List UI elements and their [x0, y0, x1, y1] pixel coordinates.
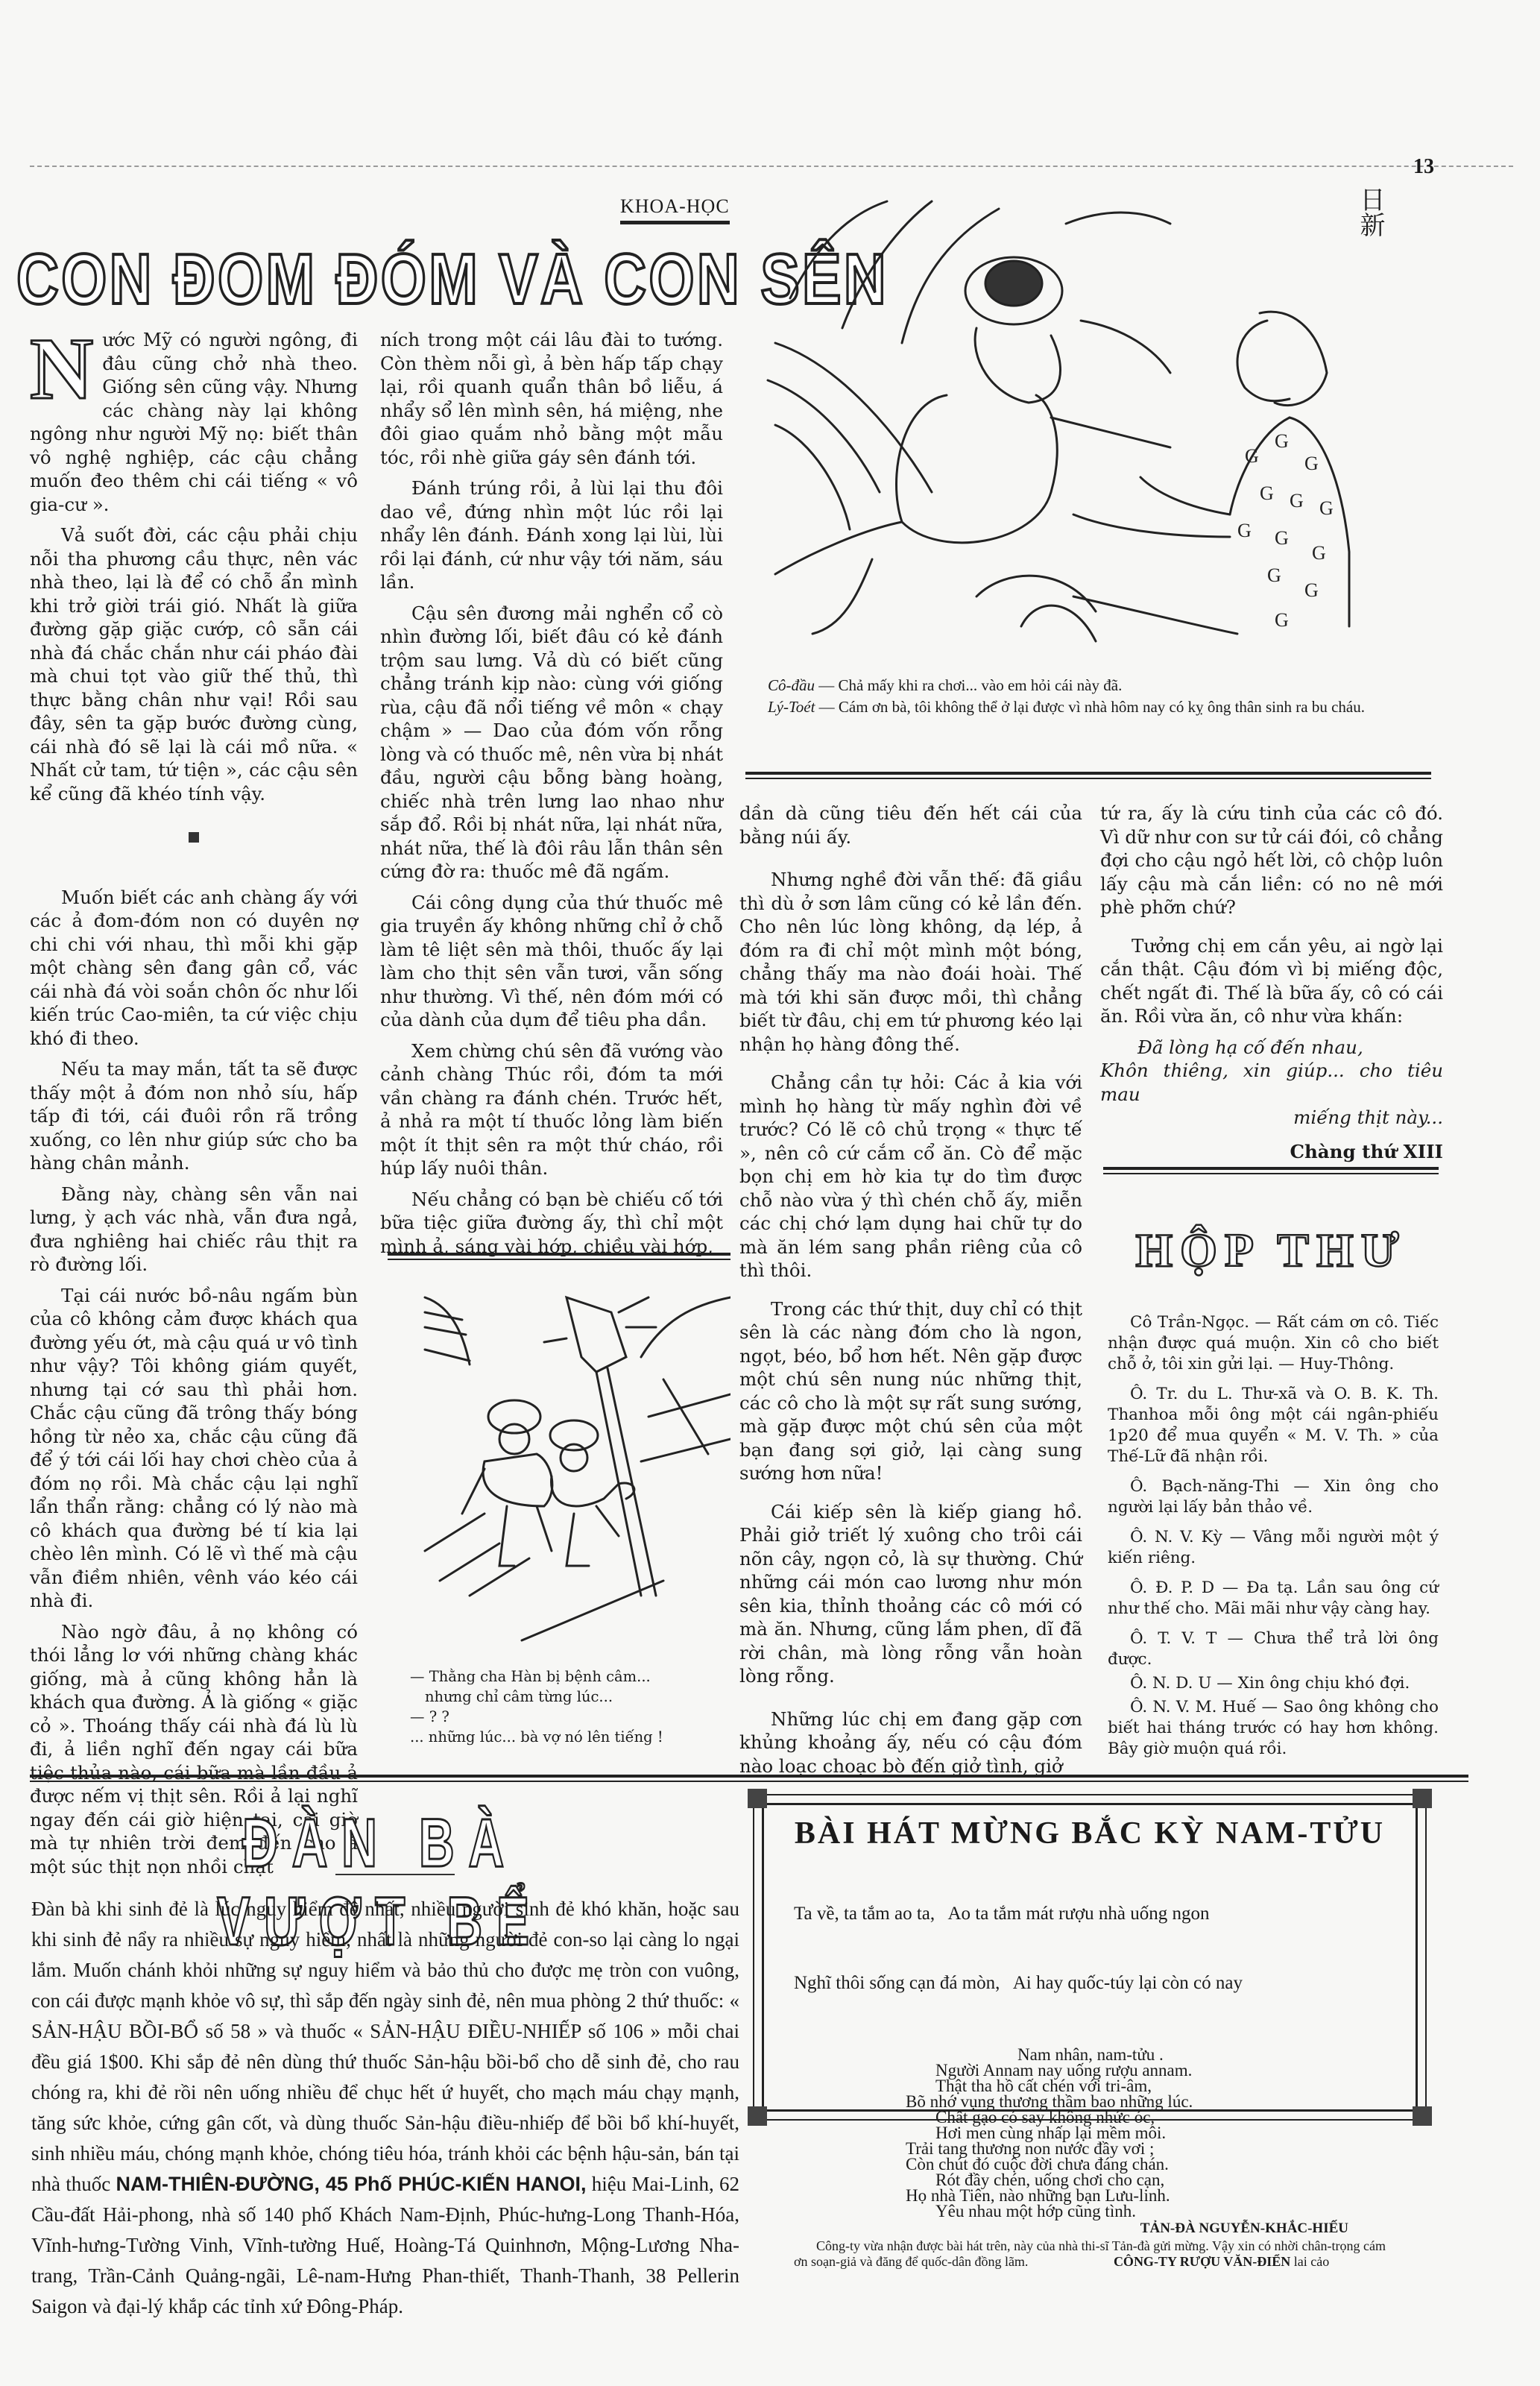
corner-ornament-icon	[1413, 2106, 1432, 2126]
cartoon-2-caption: — Thằng cha Hàn bị bệnh câm... nhưng chỉ…	[410, 1666, 730, 1747]
paragraph: Cái kiếp sên là kiếp giang hồ. Phải giở …	[739, 1500, 1082, 1688]
paragraph: Vả suốt đời, các cậu phải chịu nỗi tha p…	[30, 523, 358, 805]
paragraph: Trong các thứ thịt, duy chỉ có thịt sên …	[739, 1297, 1082, 1485]
article-headline: CON ĐOM ĐÓM VÀ CON SÊN	[16, 239, 591, 321]
paragraph: Những lúc chị em đang gặp cơn khủng khoả…	[739, 1707, 1082, 1778]
shop-name: NAM-THIÊN-ĐƯỜNG, 45 Phố PHÚC-KIẾN HANOI,	[116, 2173, 587, 2195]
poem-ad-box: BÀI HÁT MỪNG BẮC KỲ NAM-TỬU Ta về, ta tắ…	[762, 1803, 1418, 2112]
top-rule	[30, 166, 1513, 167]
poem-verses: Nam nhân, nam-tửu . Người Annam nay uống…	[906, 2041, 1416, 2219]
verse: Đã lòng hạ cố đến nhau, Khôn thiêng, xin…	[1100, 1036, 1443, 1130]
mailbox-title: HỘP THƯ	[1103, 1223, 1439, 1278]
poem-line: Còn chút đó cuộc đời chưa đáng chán.	[906, 2156, 1416, 2172]
paragraph: dần dà cũng tiêu đến hết cái của bằng nú…	[739, 802, 1082, 849]
poem-note: Công-ty vừa nhận được bài hát trên, này …	[764, 2237, 1416, 2270]
mailbox-list: Cô Trần-Ngọc. — Rất cám ơn cô. Tiếc nhận…	[1108, 1312, 1439, 1769]
mailbox-item: Ô. Đ. P. D — Đa tạ. Lần sau ông cứ như t…	[1108, 1578, 1439, 1619]
verse-line: Đã lòng hạ cố đến nhau,	[1100, 1036, 1443, 1060]
svg-text:G: G	[1312, 542, 1326, 564]
paragraph: Nước Mỹ có người ngông, đi đâu cũng chở …	[30, 328, 358, 516]
speaker-name: Cô-đầu	[768, 676, 815, 694]
article-column-1: Nước Mỹ có người ngông, đi đâu cũng chở …	[30, 328, 358, 1886]
paragraph: Nếu ta may mắn, tất ta sẽ được thấy một …	[30, 1057, 358, 1175]
poem-line: Trải tang thương non nước đầy vơi ;	[906, 2141, 1416, 2156]
paragraph: Nếu chẳng có bạn bè chiếu cố tới bữa tiệ…	[380, 1188, 723, 1259]
company-suffix: lai cảo	[1294, 2254, 1329, 2269]
svg-text:G: G	[1237, 520, 1252, 541]
mailbox-item: Ô. Tr. du L. Thư-xã và O. B. K. Th. Than…	[1108, 1384, 1439, 1467]
page-number: 13	[1413, 155, 1434, 179]
svg-text:G: G	[1267, 564, 1281, 586]
codau-and-lytoet-illustration: GGGG GGGG GGGG	[753, 179, 1394, 656]
mailbox-item: Cô Trần-Ngọc. — Rất cám ơn cô. Tiếc nhận…	[1108, 1312, 1439, 1375]
article-column-4: tứ ra, ấy là cứu tinh của các cô đó. Vì …	[1100, 802, 1443, 1163]
paragraph: Đánh trúng rồi, ả lùi lại thu đôi dao về…	[380, 476, 723, 594]
svg-text:G: G	[1275, 430, 1289, 452]
paragraph: Cậu sên đương mải nghển cổ cò nhìn đường…	[380, 602, 723, 884]
corner-ornament-icon	[748, 1789, 767, 1808]
poem-line: Rót đầy chén, uống chơi cho cạn,	[906, 2172, 1416, 2188]
poem-intro: Ta về, ta tắm ao ta, Ao ta tắm mát rượu …	[764, 1851, 1416, 2041]
poem-line: Chất gạo có say không nhức óc,	[906, 2109, 1416, 2125]
caption-line: — ? ?	[410, 1707, 730, 1727]
speaker-name: Lý-Toét	[768, 698, 815, 716]
section-divider	[745, 772, 1431, 779]
paragraph: tứ ra, ấy là cứu tinh của các cô đó. Vì …	[1100, 802, 1443, 919]
svg-text:G: G	[1275, 609, 1289, 631]
poem-line: Họ nhà Tiên, nào những bạn Lưu-linh.	[906, 2188, 1416, 2203]
paragraph: Tưởng chị em cắn yêu, ai ngờ lại cắn thậ…	[1100, 934, 1443, 1028]
drop-cap: N	[30, 334, 93, 404]
ornament	[30, 825, 358, 849]
paragraph: Xem chừng chú sên đã vướng vào cảnh chàn…	[380, 1039, 723, 1180]
verse-line: Khôn thiêng, xin giúp... cho tiêu mau	[1100, 1059, 1443, 1106]
column-divider	[1103, 1167, 1439, 1174]
poem-line: Nam nhân, nam-tửu .	[906, 2047, 1416, 2062]
svg-text:G: G	[1260, 482, 1274, 504]
corner-ornament-icon	[1413, 1789, 1432, 1808]
caption-line: — Thằng cha Hàn bị bệnh câm...	[410, 1666, 730, 1687]
masthead-chars: 日新	[1357, 186, 1386, 237]
mailbox-item: Ô. T. V. T — Chưa thể trả lời ông được.	[1108, 1628, 1439, 1670]
column-divider	[388, 1253, 730, 1260]
paragraph: Đằng này, chàng sên vẫn nai lưng, ỳ ạch …	[30, 1183, 358, 1277]
poem-line: Yêu nhau một hớp cũng tình.	[906, 2203, 1416, 2219]
cartoon-1-caption: Cô-đầu — Chả mấy khi ra chơi... vào em h…	[768, 675, 1439, 718]
paragraph: Tại cái nước bồ-nâu ngấm bùn của cô khôn…	[30, 1284, 358, 1613]
ad-body: Đàn bà khi sinh đẻ là lúc nguy hiểm đệ n…	[31, 1894, 739, 2322]
paragraph: Nhưng nghề đời vẫn thế: đã giầu thì dù ở…	[739, 868, 1082, 1056]
article-column-2: ních trong một cái lâu đài to tướng. Còn…	[380, 328, 723, 1265]
article-signature: Chàng thứ XIII	[1100, 1140, 1443, 1164]
caption-line: Lý-Toét — Cám ơn bà, tôi không thể ở lại…	[768, 696, 1439, 718]
two-men-street-lamp-illustration	[395, 1268, 730, 1648]
street-lamp-cartoon	[395, 1268, 730, 1648]
paragraph: Muốn biết các anh chàng ấy với các ả đom…	[30, 886, 358, 1051]
mailbox-item: Ô. N. V. Kỳ — Vâng mỗi người một ý kiến …	[1108, 1527, 1439, 1569]
codau-lytoet-cartoon: GGGG GGGG GGGG	[753, 179, 1394, 656]
mailbox-item: Ô. N. V. M. Huế — Sao ông không cho biết…	[1108, 1697, 1439, 1760]
svg-text:G: G	[1304, 453, 1319, 474]
article-column-3: dần dà cũng tiêu đến hết cái của bằng nú…	[739, 802, 1082, 1785]
company-name: CÔNG-TY RƯỢU VĂN-ĐIỂN	[1114, 2254, 1290, 2269]
verse-line: miếng thịt này...	[1100, 1106, 1443, 1130]
poem-author: TẢN-ĐÀ NGUYỄN-KHẮC-HIẾU	[764, 2220, 1416, 2237]
poem-line: Bõ nhớ vụng thương thầm bao những lúc.	[906, 2094, 1416, 2109]
poem-line: Hơi men cùng nhấp lại mềm môi.	[906, 2125, 1416, 2141]
poem-line: Nghĩ thôi sống cạn đá mòn, Ai hay quốc-t…	[794, 1971, 1386, 1995]
poem-line: Thật tha hồ cất chén với tri-âm,	[906, 2078, 1416, 2094]
svg-text:G: G	[1245, 445, 1259, 467]
caption-line: nhưng chỉ câm từng lúc...	[410, 1687, 730, 1707]
svg-text:G: G	[1275, 527, 1289, 549]
caption-line: ... những lúc... bà vợ nó lên tiếng !	[410, 1727, 730, 1747]
corner-ornament-icon	[748, 2106, 767, 2126]
svg-text:G: G	[1290, 490, 1304, 511]
ads-divider	[30, 1775, 1468, 1782]
caption-line: Cô-đầu — Chả mấy khi ra chơi... vào em h…	[768, 675, 1439, 696]
square-ornament-icon	[189, 832, 199, 843]
paragraph: ních trong một cái lâu đài to tướng. Còn…	[380, 328, 723, 469]
mailbox-item: Ô. Bạch-năng-Thi — Xin ông cho người lại…	[1108, 1476, 1439, 1518]
section-label: KHOA-HỌC	[620, 195, 730, 224]
mailbox-item: Ô. N. D. U — Xin ông chịu khó đợi.	[1108, 1673, 1439, 1694]
poem-title: BÀI HÁT MỪNG BẮC KỲ NAM-TỬU	[764, 1816, 1416, 1851]
svg-text:G: G	[1304, 579, 1319, 601]
ad-title-flourish	[335, 1874, 455, 1875]
poem-line: Người Annam nay uống rượu annam.	[906, 2062, 1416, 2078]
poem-line: Ta về, ta tắm ao ta, Ao ta tắm mát rượu …	[794, 1902, 1386, 1925]
paragraph: Chẳng cần tự hỏi: Các ả kia với mình họ …	[739, 1071, 1082, 1282]
paragraph: Cái công dụng của thứ thuốc mê gia truyề…	[380, 891, 723, 1032]
svg-text:G: G	[1319, 497, 1334, 519]
